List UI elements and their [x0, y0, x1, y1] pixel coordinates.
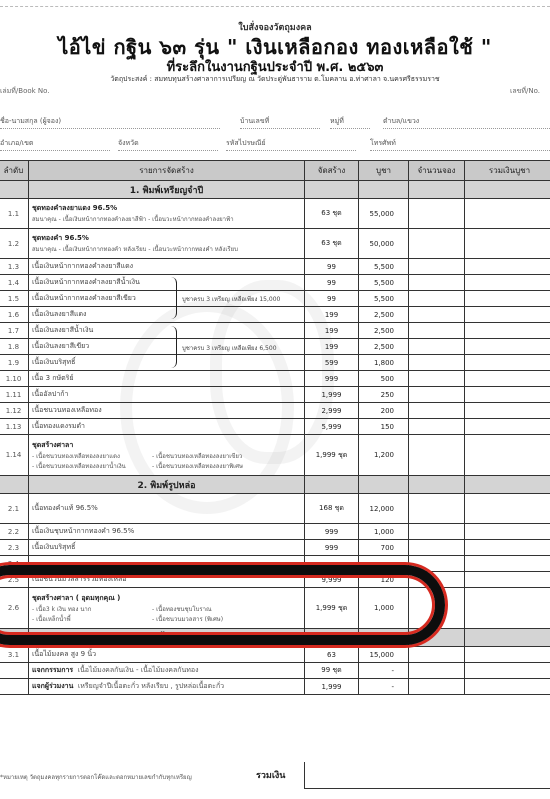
section-header: 2. พิมพ์รูปหล่อ [0, 476, 550, 494]
order-qty-cell[interactable] [409, 275, 465, 291]
order-total-cell[interactable] [465, 371, 550, 387]
group-note-1: บูชาครบ 3 เหรียญ เหลือเพียง 15,000 [182, 294, 280, 304]
item-made-qty: 9,999 [305, 572, 359, 588]
item-price: 250 [359, 387, 409, 403]
item-title: เนื้อไม้มงคล สูง 9 นิ้ว [32, 650, 96, 658]
order-total-cell[interactable] [465, 419, 550, 435]
item-number: 2.3 [0, 540, 29, 556]
item-description: เนื้อไม้มงคล สูง 9 นิ้ว [29, 647, 305, 663]
item-title: เนื้อชนวนมวลสารรวมทองเหลือ [32, 575, 126, 583]
table-row: 1.10เนื้อ 3 กษัตริย์999500 [0, 371, 550, 387]
total-label: รวมเงิน [256, 768, 285, 782]
item-title: เนื้อเงินบริสุทธิ์ [32, 358, 75, 366]
order-total-cell[interactable] [465, 540, 550, 556]
item-number: 1.7 [0, 323, 29, 339]
item-price: 150 [359, 419, 409, 435]
item-title: เนื้อเงินลงยาสีแดง [32, 310, 86, 318]
item-number: 2.4 [0, 556, 29, 572]
item-bonus: สมนาคุณ - เนื้อเงินหน้ากากทองคำ หลังเรีย… [32, 244, 301, 254]
col-total: รวมเงินบูชา [465, 161, 550, 181]
item-price: 5,500 [359, 291, 409, 307]
item-made-qty: 5,999 [305, 419, 359, 435]
item-description: เนื้อเงินลงยาสีแดง [29, 307, 305, 323]
item-description: เนื้อเงินหน้ากากทองคำลงยาสีแดง [29, 259, 305, 275]
item-description: ชุดทองคำ 96.5%สมนาคุณ - เนื้อเงินหน้ากาก… [29, 229, 305, 259]
order-total-cell[interactable] [465, 291, 550, 307]
item-made-qty: 999 [305, 540, 359, 556]
table-header: ลำดับ รายการจัดสร้าง จัดสร้าง บูชา จำนวน… [0, 161, 550, 181]
item-price: - [359, 663, 409, 679]
item-made-qty: 1,999 ชุด [305, 588, 359, 629]
item-title: เนื้อทองคำแท้ 96.5% [32, 504, 98, 512]
order-qty-cell[interactable] [409, 524, 465, 540]
book-no-label: เล่มที่/Book No. [0, 86, 50, 97]
province-field[interactable]: จังหวัด [118, 140, 218, 151]
order-qty-cell[interactable] [409, 371, 465, 387]
item-made-qty [305, 556, 359, 572]
item-price: 12,000 [359, 494, 409, 524]
no-label: เลขที่/No. [510, 86, 540, 97]
item-number: 1.1 [0, 199, 29, 229]
order-qty-cell[interactable] [409, 403, 465, 419]
item-price: 120 [359, 572, 409, 588]
item-description: เนื้อเงินบริสุทธิ์ [29, 540, 305, 556]
item-title: เนื้อเงินหน้ากากทองคำลงยาสีแดง [32, 262, 133, 270]
item-description: แจกผู้ร่วมงาน เหรียญจำปีเนื้อตะกั่ว หลัง… [29, 679, 305, 695]
item-description: เนื้อเงินหน้ากากทองคำลงยาสีน้ำเงิน [29, 275, 305, 291]
item-made-qty: 168 ชุด [305, 494, 359, 524]
order-qty-cell[interactable] [409, 679, 465, 695]
item-description [29, 556, 305, 572]
item-description: เนื้อ 3 กษัตริย์ [29, 371, 305, 387]
group-brace-1 [170, 277, 177, 319]
item-price: 2,500 [359, 323, 409, 339]
item-made-qty: 1,999 ชุด [305, 435, 359, 476]
order-total-cell[interactable] [465, 387, 550, 403]
item-price: 1,000 [359, 588, 409, 629]
item-number: 1.6 [0, 307, 29, 323]
item-number: 1.13 [0, 419, 29, 435]
item-made-qty: 199 [305, 339, 359, 355]
table-row: 1.4เนื้อเงินหน้ากากทองคำลงยาสีน้ำเงิน995… [0, 275, 550, 291]
item-number [0, 679, 29, 695]
item-price: 1,800 [359, 355, 409, 371]
group-brace-2 [170, 326, 177, 368]
item-price: 15,000 [359, 647, 409, 663]
table-row: 1.9เนื้อเงินบริสุทธิ์5991,800 [0, 355, 550, 371]
item-title: แจกกรรมการ [32, 666, 73, 674]
item-number: 2.1 [0, 494, 29, 524]
item-made-qty: 999 [305, 524, 359, 540]
item-title: ชุดทองคำ 96.5% [32, 233, 301, 244]
total-amount-box[interactable] [304, 762, 550, 789]
col-made: จัดสร้าง [305, 161, 359, 181]
table-row: 2.1เนื้อทองคำแท้ 96.5%168 ชุด12,000 [0, 494, 550, 524]
table-row: 1.14ชุดสร้างศาลา- เนื้อชนวนทองเหลือทองลง… [0, 435, 550, 476]
order-qty-cell[interactable] [409, 291, 465, 307]
district-field[interactable]: อำเภอ/เขต [0, 140, 110, 151]
order-total-cell[interactable] [465, 339, 550, 355]
table-row: 2.5เนื้อชนวนมวลสารรวมทองเหลือ9,999120 [0, 572, 550, 588]
table-row: 1.2ชุดทองคำ 96.5%สมนาคุณ - เนื้อเงินหน้า… [0, 229, 550, 259]
item-price: 5,500 [359, 275, 409, 291]
table-row: 1.3เนื้อเงินหน้ากากทองคำลงยาสีแดง995,500 [0, 259, 550, 275]
item-made-qty: 199 [305, 307, 359, 323]
house-no-field[interactable]: บ้านเลขที่ [240, 118, 320, 129]
item-made-qty: 63 ชุด [305, 229, 359, 259]
order-total-cell[interactable] [465, 588, 550, 629]
order-total-cell[interactable] [465, 403, 550, 419]
item-made-qty: 1,999 [305, 679, 359, 695]
order-total-cell[interactable] [465, 679, 550, 695]
order-qty-cell[interactable] [409, 435, 465, 476]
item-number: 3.1 [0, 647, 29, 663]
item-number: 2.6 [0, 588, 29, 629]
item-title: เนื้อเงินลงยาสีน้ำเงิน [32, 326, 93, 334]
table-row: แจกผู้ร่วมงาน เหรียญจำปีเนื้อตะกั่ว หลัง… [0, 679, 550, 695]
order-total-cell[interactable] [465, 524, 550, 540]
footer-note: *หมายเหตุ วัตถุมงคลทุกรายการตอกโค๊ดและตอ… [0, 772, 192, 782]
order-total-cell[interactable] [465, 323, 550, 339]
item-variant: - เนื้อชนวนทองเหลือทองลงยาแดง [32, 451, 152, 461]
item-description: ชุดสร้างศาลา- เนื้อชนวนทองเหลือทองลงยาแด… [29, 435, 305, 476]
order-qty-cell[interactable] [409, 229, 465, 259]
item-price: 2,500 [359, 339, 409, 355]
item-variant: - เนื้อทองชนชุบโบราณ [152, 606, 212, 613]
item-number: 2.5 [0, 572, 29, 588]
order-qty-cell[interactable] [409, 259, 465, 275]
item-description: ชุดทองคำลงยาแดง 96.5%สมนาคุณ - เนื้อเงิน… [29, 199, 305, 229]
item-price: 200 [359, 403, 409, 419]
item-made-qty: 63 ชุด [305, 199, 359, 229]
table-row: 1.12เนื้อชนวนทองเหลือทอง2,999200 [0, 403, 550, 419]
table-row: 2.4 [0, 556, 550, 572]
order-qty-cell[interactable] [409, 339, 465, 355]
item-number [0, 663, 29, 679]
order-table: ลำดับ รายการจัดสร้าง จัดสร้าง บูชา จำนวน… [0, 160, 550, 695]
item-price: 2,500 [359, 307, 409, 323]
item-detail: เหรียญจำปีเนื้อตะกั่ว หลังเรียบ , รูปหล่… [78, 682, 224, 690]
item-number: 1.5 [0, 291, 29, 307]
order-qty-cell[interactable] [409, 323, 465, 339]
item-description: ชุดสร้างศาลา ( อุดมทุกคุณ )- เนื้อ3 k เง… [29, 588, 305, 629]
table-row: 2.3เนื้อเงินบริสุทธิ์999700 [0, 540, 550, 556]
item-number: 1.12 [0, 403, 29, 419]
table-row: 1.6เนื้อเงินลงยาสีแดง1992,500 [0, 307, 550, 323]
item-title: เนื้อเงินหน้ากากทองคำลงยาสีเขียว [32, 294, 136, 302]
item-price: 700 [359, 540, 409, 556]
table-row: 2.6ชุดสร้างศาลา ( อุดมทุกคุณ )- เนื้อ3 k… [0, 588, 550, 629]
item-price [359, 556, 409, 572]
item-number: 1.10 [0, 371, 29, 387]
item-made-qty: 99 [305, 291, 359, 307]
order-qty-cell[interactable] [409, 419, 465, 435]
item-description: เนื้อเงินลงยาสีน้ำเงิน [29, 323, 305, 339]
item-price: 50,000 [359, 229, 409, 259]
item-number: 1.4 [0, 275, 29, 291]
section-title: 2. พิมพ์รูปหล่อ [29, 476, 305, 494]
item-bonus: สมนาคุณ - เนื้อเงินหน้ากากทองคำลงยาสีฟ้า… [32, 214, 301, 224]
item-variant: - เนื้อชนวนมวลสาร (พิเศษ) [152, 616, 223, 623]
order-qty-cell[interactable] [409, 387, 465, 403]
order-qty-cell[interactable] [409, 588, 465, 629]
order-total-cell[interactable] [465, 199, 550, 229]
order-total-cell[interactable] [465, 307, 550, 323]
table-row: 1.11เนื้ออัลปาก้า1,999250 [0, 387, 550, 403]
item-price: 55,000 [359, 199, 409, 229]
order-qty-cell[interactable] [409, 647, 465, 663]
item-title: ชุดสร้างศาลา ( อุดมทุกคุณ ) [32, 593, 301, 604]
order-total-cell[interactable] [465, 494, 550, 524]
item-detail: เนื้อไม้มงคลกันเงิน - เนื้อไม้มงคลกันทอง [78, 666, 199, 674]
item-title: เนื้อชนวนทองเหลือทอง [32, 406, 102, 414]
order-total-cell[interactable] [465, 229, 550, 259]
item-price: - [359, 679, 409, 695]
group-note-2: บูชาครบ 3 เหรียญ เหลือเพียง 6,500 [182, 343, 277, 353]
purpose-text: วัตถุประสงค์ : สมทบทุนสร้างศาลาการเปรียญ… [0, 74, 550, 85]
item-price: 500 [359, 371, 409, 387]
order-total-cell[interactable] [465, 259, 550, 275]
item-title: เนื้อเงินลงยาสีเขียว [32, 342, 89, 350]
col-qty: จำนวนจอง [409, 161, 465, 181]
subdistrict-field[interactable]: ตำบล/แขวง [383, 118, 550, 129]
item-number: 1.8 [0, 339, 29, 355]
item-made-qty: 99 ชุด [305, 663, 359, 679]
item-made-qty: 199 [305, 323, 359, 339]
order-qty-cell[interactable] [409, 663, 465, 679]
item-made-qty: 63 [305, 647, 359, 663]
item-number: 1.11 [0, 387, 29, 403]
item-made-qty: 999 [305, 371, 359, 387]
order-qty-cell[interactable] [409, 556, 465, 572]
moo-field[interactable]: หมู่ที่ [330, 118, 370, 129]
item-title: ชุดทองคำลงยาแดง 96.5% [32, 203, 301, 214]
order-total-cell[interactable] [465, 355, 550, 371]
item-variant: - เนื้อชนวนทองเหลือทองลงยาพิเศษ [152, 463, 243, 470]
name-field[interactable]: ชื่อ-นามสกุล (ผู้จอง) [0, 118, 220, 129]
order-total-cell[interactable] [465, 663, 550, 679]
item-description: เนื้อชนวนมวลสารรวมทองเหลือ [29, 572, 305, 588]
item-variant: - เนื้อเหล็กน้ำพี้ [32, 614, 152, 624]
order-qty-cell[interactable] [409, 572, 465, 588]
item-description: เนื้อเงินชุบหน้ากากทองคำ 96.5% [29, 524, 305, 540]
item-title: แจกผู้ร่วมงาน [32, 682, 73, 690]
item-number: 1.2 [0, 229, 29, 259]
item-price: 5,500 [359, 259, 409, 275]
postal-code-field[interactable]: รหัสไปรษณีย์ [226, 140, 356, 151]
item-variant: - เนื้อ3 k เงิน ทอง นาก [32, 604, 152, 614]
item-price: 1,000 [359, 524, 409, 540]
item-title: เนื้ออัลปาก้า [32, 390, 68, 398]
section-title: 1. พิมพ์เหรียญจำปี [29, 181, 305, 199]
section-header: 1. พิมพ์เหรียญจำปี [0, 181, 550, 199]
col-item: รายการจัดสร้าง [29, 161, 305, 181]
order-qty-cell[interactable] [409, 355, 465, 371]
item-made-qty: 99 [305, 259, 359, 275]
table-row: 2.2เนื้อเงินชุบหน้ากากทองคำ 96.5%9991,00… [0, 524, 550, 540]
item-made-qty: 99 [305, 275, 359, 291]
item-title: เนื้อเงินหน้ากากทองคำลงยาสีน้ำเงิน [32, 278, 140, 286]
item-title: เนื้อเงินชุบหน้ากากทองคำ 96.5% [32, 527, 134, 535]
item-title: เนื้อทองแดงรมดำ [32, 422, 85, 430]
order-total-cell[interactable] [465, 647, 550, 663]
col-no: ลำดับ [0, 161, 29, 181]
phone-field[interactable]: โทรศัพท์ [370, 140, 550, 151]
order-total-cell[interactable] [465, 572, 550, 588]
item-title: เนื้อ 3 กษัตริย์ [32, 374, 74, 382]
item-made-qty: 1,999 [305, 387, 359, 403]
table-row: 3.1เนื้อไม้มงคล สูง 9 นิ้ว6315,000 [0, 647, 550, 663]
section-header: 3. ขนาดบูชาเนื้อไม้มงคลนำฤกษ์ [0, 629, 550, 647]
item-description: เนื้อชนวนทองเหลือทอง [29, 403, 305, 419]
item-description: แจกกรรมการ เนื้อไม้มงคลกันเงิน - เนื้อไม… [29, 663, 305, 679]
item-number: 1.14 [0, 435, 29, 476]
item-price: 1,200 [359, 435, 409, 476]
item-variant: - เนื้อชนวนทองเหลือทองลงยาน้ำเงิน [32, 461, 152, 471]
item-number: 1.9 [0, 355, 29, 371]
item-description: เนื้ออัลปาก้า [29, 387, 305, 403]
item-description: เนื้อทองคำแท้ 96.5% [29, 494, 305, 524]
table-row: แจกกรรมการ เนื้อไม้มงคลกันเงิน - เนื้อไม… [0, 663, 550, 679]
order-total-cell[interactable] [465, 275, 550, 291]
item-made-qty: 2,999 [305, 403, 359, 419]
table-row: 1.1ชุดทองคำลงยาแดง 96.5%สมนาคุณ - เนื้อเ… [0, 199, 550, 229]
table-row: 1.7เนื้อเงินลงยาสีน้ำเงิน1992,500 [0, 323, 550, 339]
item-number: 2.2 [0, 524, 29, 540]
order-total-cell[interactable] [465, 435, 550, 476]
item-title: เนื้อเงินบริสุทธิ์ [32, 543, 75, 551]
item-variant: - เนื้อชนวนทองเหลือทองลงยาเขียว [152, 453, 242, 460]
item-made-qty: 599 [305, 355, 359, 371]
cut-line [0, 6, 550, 7]
order-qty-cell[interactable] [409, 199, 465, 229]
table-row: 1.13เนื้อทองแดงรมดำ5,999150 [0, 419, 550, 435]
item-number: 1.3 [0, 259, 29, 275]
item-title: ชุดสร้างศาลา [32, 440, 301, 451]
order-qty-cell[interactable] [409, 540, 465, 556]
col-price: บูชา [359, 161, 409, 181]
order-qty-cell[interactable] [409, 494, 465, 524]
item-description: เนื้อเงินบริสุทธิ์ [29, 355, 305, 371]
item-description: เนื้อทองแดงรมดำ [29, 419, 305, 435]
order-qty-cell[interactable] [409, 307, 465, 323]
section-title: 3. ขนาดบูชาเนื้อไม้มงคลนำฤกษ์ [29, 629, 305, 647]
order-total-cell[interactable] [465, 556, 550, 572]
